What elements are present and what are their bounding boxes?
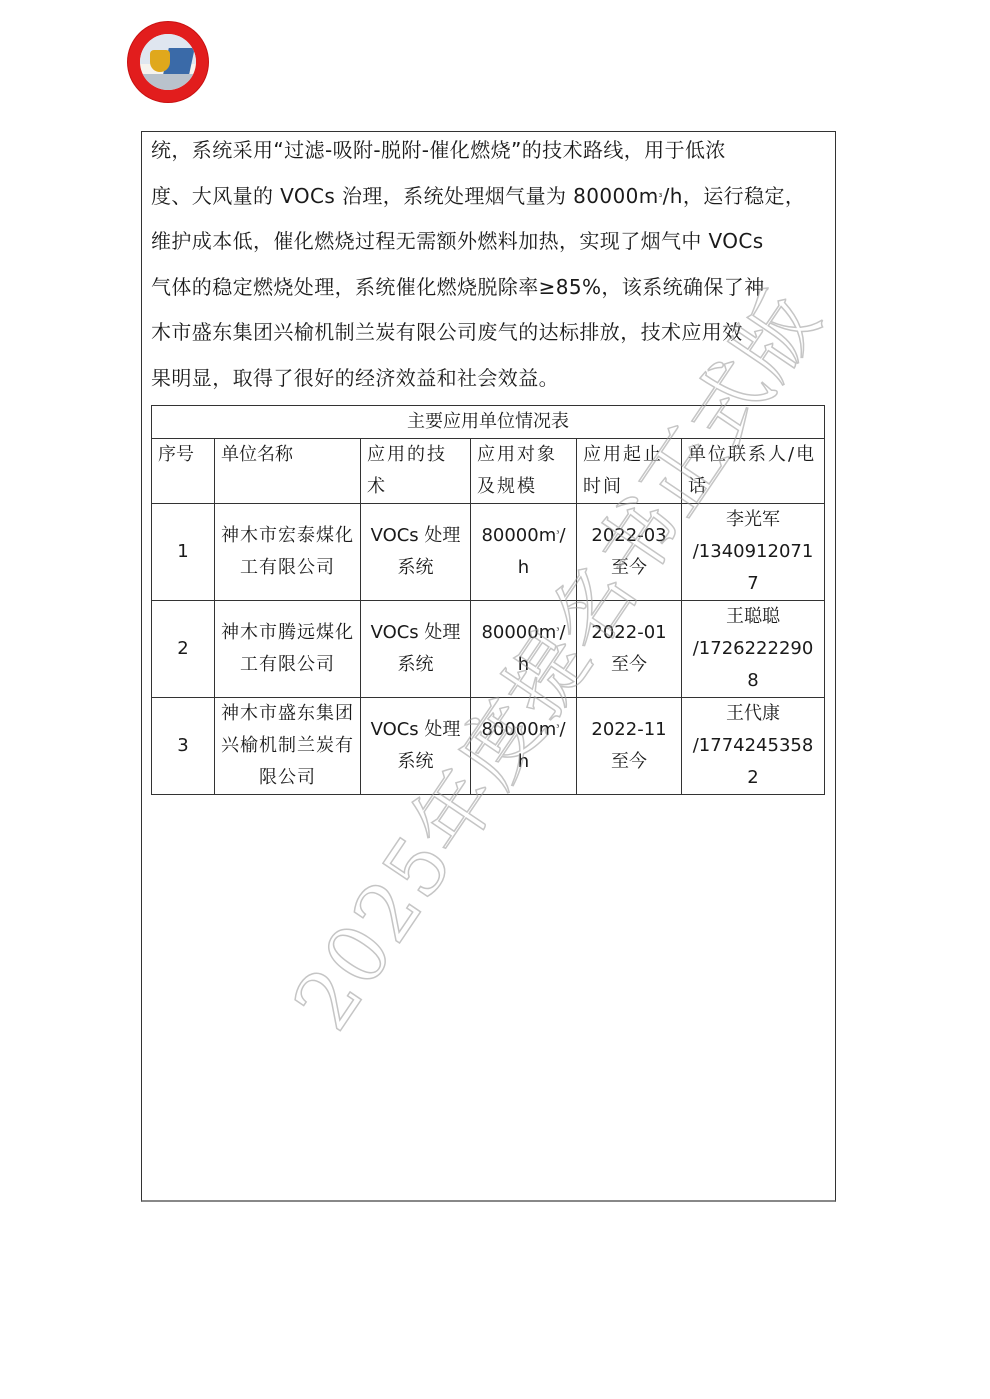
cell-technology: VOCs 处理系统	[361, 504, 471, 601]
cell-period: 2022-11至今	[577, 698, 682, 795]
seal-base	[140, 74, 196, 90]
period-start: 2022-11	[591, 719, 666, 740]
cell-technology: VOCs 处理系统	[361, 601, 471, 698]
paragraph-line: 统，系统采用“过滤-吸附-脱附-催化燃烧”的技术路线，用于低浓	[151, 138, 726, 162]
paragraph-line: 维护成本低，催化燃烧过程无需额外燃料加热，实现了烟气中 VOCs	[151, 229, 764, 253]
cell-scale: 80000m³/h	[471, 698, 577, 795]
table-row: 2 神木市腾远煤化工有限公司 VOCs 处理系统 80000m³/h 2022-…	[152, 601, 825, 698]
cell-contact: 王代康/17742453582	[682, 698, 825, 795]
table-header-row: 序号 单位名称 应用的技术 应用对象及规模 应用起止时间 单位联系人/电话	[152, 439, 825, 504]
cell-index: 1	[152, 504, 215, 601]
cell-technology: VOCs 处理系统	[361, 698, 471, 795]
table-row: 1 神木市宏泰煤化工有限公司 VOCs 处理系统 80000m³/h 2022-…	[152, 504, 825, 601]
header-scale: 应用对象及规模	[471, 439, 577, 504]
cell-unit: 神木市盛东集团兴榆机制兰炭有限公司	[215, 698, 361, 795]
header-contact: 单位联系人/电话	[682, 439, 825, 504]
paragraph-line: 度、大风量的 VOCs 治理，系统处理烟气量为 80000m	[151, 184, 659, 208]
body-paragraph: 统，系统采用“过滤-吸附-脱附-催化燃烧”的技术路线，用于低浓 度、大风量的 V…	[151, 128, 831, 401]
scale-sup: ³	[556, 529, 559, 538]
paragraph-line: 木市盛东集团兴榆机制兰炭有限公司废气的达标排放，技术应用效	[151, 320, 743, 344]
period-start: 2022-01	[591, 622, 666, 643]
cell-index: 2	[152, 601, 215, 698]
cell-unit: 神木市腾远煤化工有限公司	[215, 601, 361, 698]
application-units-table: 主要应用单位情况表 序号 单位名称 应用的技术 应用对象及规模 应用起止时间 单…	[151, 405, 825, 795]
scale-sup: ³	[556, 723, 559, 732]
contact-name: 王代康	[726, 703, 780, 724]
paragraph-line: 果明显，取得了很好的经济效益和社会效益。	[151, 366, 559, 390]
contact-phone: /17262222908	[693, 638, 814, 691]
table-row: 3 神木市盛东集团兴榆机制兰炭有限公司 VOCs 处理系统 80000m³/h …	[152, 698, 825, 795]
cell-index: 3	[152, 698, 215, 795]
cell-scale: 80000m³/h	[471, 601, 577, 698]
cell-contact: 李光军/13409120717	[682, 504, 825, 601]
cell-contact: 王聪聪/17262222908	[682, 601, 825, 698]
paragraph-line: /h，运行稳定，	[663, 184, 806, 208]
header-technology: 应用的技术	[361, 439, 471, 504]
cell-unit: 神木市宏泰煤化工有限公司	[215, 504, 361, 601]
table-caption: 主要应用单位情况表	[152, 406, 825, 439]
paragraph-line: 气体的稳定燃烧处理，系统催化燃烧脱除率≥85%，该系统确保了神	[151, 275, 765, 299]
seal-emblem-image	[140, 34, 196, 90]
cell-scale: 80000m³/h	[471, 504, 577, 601]
period-end: 至今	[611, 654, 647, 675]
scale-value: 80000m	[481, 622, 556, 643]
cell-period: 2022-03至今	[577, 504, 682, 601]
header-period: 应用起止时间	[577, 439, 682, 504]
contact-name: 李光军	[726, 509, 780, 530]
contact-phone: /17742453582	[693, 735, 814, 788]
superscript: ³	[659, 193, 663, 203]
organization-seal-logo	[128, 22, 208, 102]
trophy-icon	[150, 50, 170, 72]
header-unit-name: 单位名称	[215, 439, 361, 504]
scale-value: 80000m	[481, 525, 556, 546]
scale-sup: ³	[556, 626, 559, 635]
header-index: 序号	[152, 439, 215, 504]
period-start: 2022-03	[591, 525, 666, 546]
cell-period: 2022-01至今	[577, 601, 682, 698]
contact-phone: /13409120717	[693, 541, 814, 594]
period-end: 至今	[611, 751, 647, 772]
contact-name: 王聪聪	[726, 606, 780, 627]
period-end: 至今	[611, 557, 647, 578]
scale-value: 80000m	[481, 719, 556, 740]
